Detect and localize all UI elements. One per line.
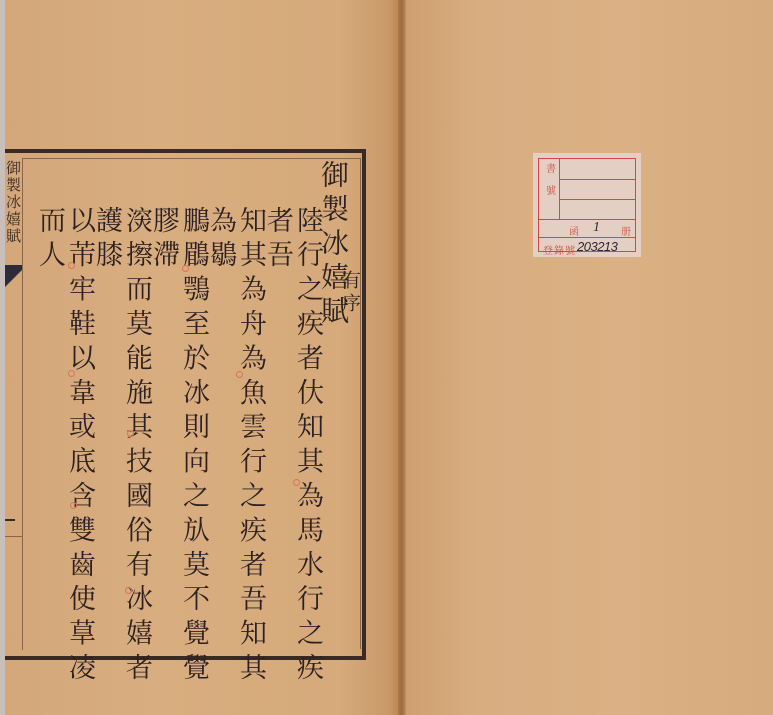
punctuation-mark bbox=[68, 262, 75, 269]
punctuation-mark bbox=[68, 370, 75, 377]
registration-number: 203213 bbox=[577, 239, 617, 254]
registration-row: 登錄號 203213 bbox=[539, 237, 635, 256]
punctuation-mark bbox=[70, 502, 77, 509]
volume-value: 1 bbox=[593, 220, 600, 236]
fish-tail-icon bbox=[5, 270, 22, 287]
text-column-4: 㴱擦而莫能施其技國俗有冰嬉者護膝 bbox=[91, 206, 151, 715]
call-number-label: 書號 bbox=[539, 159, 560, 219]
punctuation-mark bbox=[125, 587, 132, 594]
stamp-ruled-line bbox=[559, 179, 635, 180]
punctuation-mark bbox=[293, 479, 300, 486]
volume-row: 函 1 册 bbox=[539, 219, 635, 238]
punctuation-mark bbox=[236, 371, 243, 378]
banxin-lower-divider bbox=[5, 536, 22, 537]
text-column-3: 鵬鶥鶚至於冰則向之㫃莫不覺覺膠滯 bbox=[148, 206, 208, 715]
stamp-border: 書號 函 1 册 登錄號 203213 bbox=[538, 158, 636, 252]
banxin-page-mark bbox=[5, 519, 15, 521]
punctuation-mark bbox=[127, 430, 134, 437]
banxin-divider-line bbox=[22, 158, 23, 650]
book-gutter bbox=[398, 0, 406, 715]
text-column-2: 知其為舟為魚雲行之疾者吾知其為鶡 bbox=[205, 206, 265, 715]
volume-unit: 册 bbox=[621, 223, 631, 238]
volume-label: 函 bbox=[569, 223, 579, 238]
call-number-label-text: 書號 bbox=[542, 163, 557, 207]
library-stamp: 書號 函 1 册 登錄號 203213 bbox=[533, 153, 641, 257]
text-column-5: 以芾牢鞋以韋或底含雙齒使䓍凌而人 bbox=[34, 206, 94, 715]
title-note: 有序 bbox=[337, 270, 364, 316]
stamp-ruled-line bbox=[559, 199, 635, 200]
right-page bbox=[406, 0, 773, 715]
registration-label: 登錄號 bbox=[543, 242, 576, 257]
text-column-1: 陸行之疾者㐲知其為馬水行之疾者吾 bbox=[262, 206, 322, 715]
banxin-title: 御製冰嬉賦 bbox=[4, 160, 22, 245]
punctuation-mark bbox=[182, 265, 189, 272]
